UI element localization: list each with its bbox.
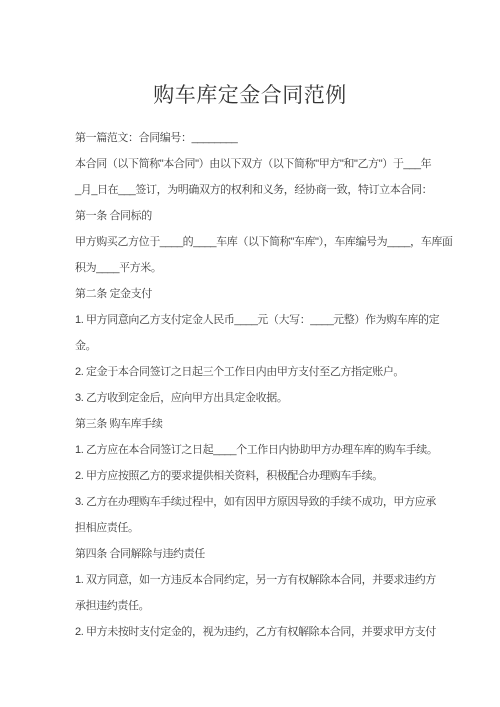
clause-line: 1. 甲方同意向乙方支付定金人民币____元（大写：____元整）作为购车库的定: [75, 307, 445, 333]
preamble-line: _月_日在___签订，为明确双方的权利和义务，经协商一致，特订立本合同：: [75, 177, 445, 203]
section-4-heading: 第四条 合同解除与违约责任: [75, 541, 445, 567]
contract-meta-line: 第一篇范文：合同编号：________: [75, 125, 445, 151]
clause-line: 2. 定金于本合同签订之日起三个工作日内由甲方支付至乙方指定账户。: [75, 359, 445, 385]
clause-line: 1. 双方同意，如一方违反本合同约定，另一方有权解除本合同，并要求违约方: [75, 567, 445, 593]
clause-line: 积为____平方米。: [75, 255, 445, 281]
clause-line: 3. 乙方在办理购车手续过程中，如有因甲方原因导致的手续不成功，甲方应承: [75, 489, 445, 515]
clause-line: 担相应责任。: [75, 515, 445, 541]
preamble-line: 本合同（以下简称"本合同"）由以下双方（以下简称"甲方"和"乙方"）于___年: [75, 151, 445, 177]
section-3-heading: 第三条 购车库手续: [75, 411, 445, 437]
section-2-heading: 第二条 定金支付: [75, 281, 445, 307]
document-title: 购车库定金合同范例: [0, 79, 500, 109]
clause-line: 2. 甲方应按照乙方的要求提供相关资料，积极配合办理购车手续。: [75, 463, 445, 489]
contract-document: 购车库定金合同范例 第一篇范文：合同编号：________ 本合同（以下简称"本…: [0, 0, 500, 707]
clause-line: 甲方购买乙方位于____的____车库（以下简称"车库"），车库编号为____，…: [75, 229, 445, 255]
clause-line: 1. 乙方应在本合同签订之日起____个工作日内协助甲方办理车库的购车手续。: [75, 437, 445, 463]
clause-line: 2. 甲方未按时支付定金的，视为违约，乙方有权解除本合同，并要求甲方支付: [75, 619, 445, 645]
section-1-heading: 第一条 合同标的: [75, 203, 445, 229]
clause-line: 3. 乙方收到定金后，应向甲方出具定金收据。: [75, 385, 445, 411]
clause-line: 承担违约责任。: [75, 593, 445, 619]
clause-line: 金。: [75, 333, 445, 359]
document-body: 第一篇范文：合同编号：________ 本合同（以下简称"本合同"）由以下双方（…: [75, 125, 445, 645]
